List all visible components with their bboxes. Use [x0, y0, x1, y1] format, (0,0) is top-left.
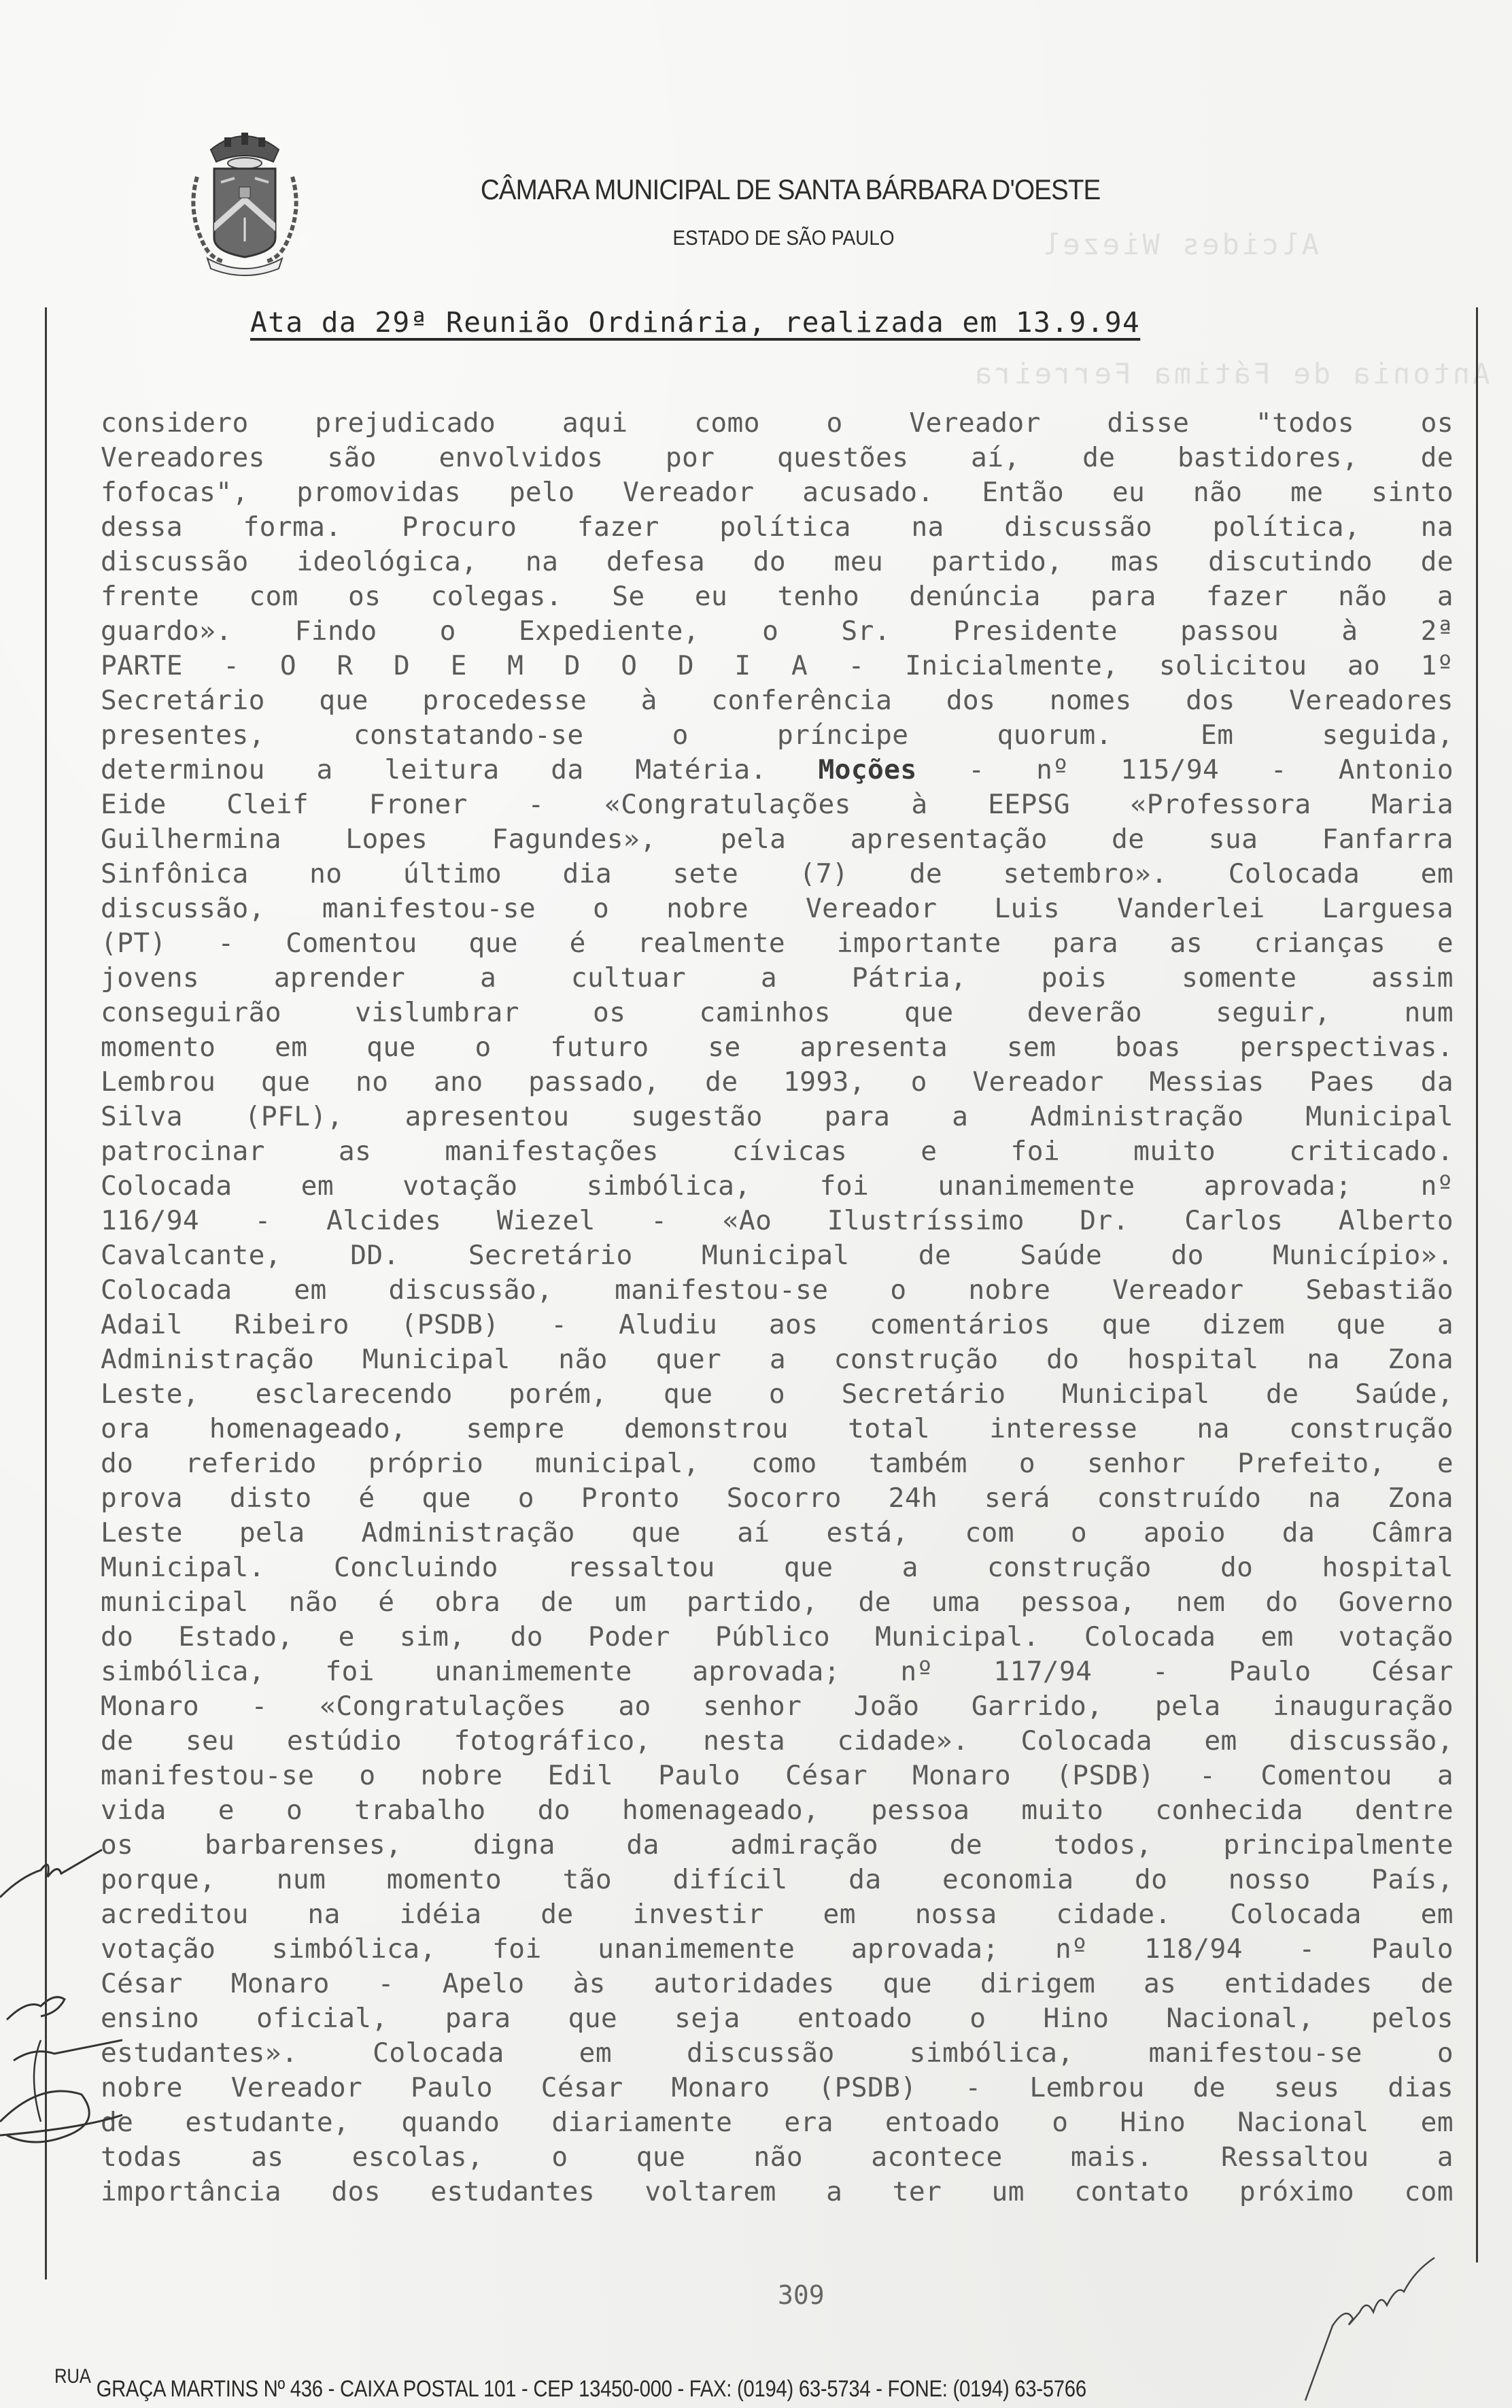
minutes-line: prova disto é que o Pronto Socorro 24h s…	[101, 1481, 1454, 1516]
minutes-line: Leste, esclarecendo porém, que o Secretá…	[101, 1377, 1454, 1412]
right-margin-rule	[1476, 307, 1478, 2262]
minutes-line: presentes, constatando-se o príncipe quo…	[101, 718, 1454, 753]
bleed-through-text: Antonia de Fátima Ferreira	[972, 357, 1490, 390]
minutes-line: Leste pela Administração que aí está, co…	[101, 1516, 1454, 1550]
minutes-line: Vereadores são envolvidos por questões a…	[101, 441, 1454, 475]
minutes-body: considero prejudicado aqui como o Veread…	[101, 406, 1454, 2209]
minutes-line: dessa forma. Procuro fazer política na d…	[101, 510, 1454, 545]
minutes-line: Silva (PFL), apresentou sugestão para a …	[101, 1100, 1454, 1134]
minutes-line: patrocinar as manifestações cívicas e fo…	[101, 1134, 1454, 1169]
minutes-line: ensino oficial, para que seja entoado o …	[101, 2001, 1454, 2036]
minutes-line: Monaro - «Congratulações ao senhor João …	[101, 1689, 1454, 1724]
minutes-line: momento em que o futuro se apresenta sem…	[101, 1030, 1454, 1065]
minutes-line: vida e o trabalho do homenageado, pessoa…	[101, 1793, 1454, 1828]
left-margin-rule	[45, 307, 47, 2279]
minutes-line: Cavalcante, DD. Secretário Municipal de …	[101, 1238, 1454, 1273]
minutes-line: simbólica, foi unanimemente aprovada; nº…	[101, 1655, 1454, 1689]
minutes-line: fofocas", promovidas pelo Vereador acusa…	[101, 475, 1454, 510]
minutes-line: Guilhermina Lopes Fagundes», pela aprese…	[101, 822, 1454, 857]
minutes-line: importância dos estudantes voltarem a te…	[101, 2175, 1454, 2209]
minutes-line: estudantes». Colocada em discussão simbó…	[101, 2036, 1454, 2071]
institution-name: CÂMARA MUNICIPAL DE SANTA BÁRBARA D'OEST…	[61, 173, 1451, 206]
minutes-line: conseguirão vislumbrar os caminhos que d…	[101, 996, 1454, 1030]
minutes-line: Secretário que procedesse à conferência …	[101, 683, 1454, 718]
footer-address-text: GRAÇA MARTINS Nº 436 - CAIXA POSTAL 101 …	[97, 2376, 1086, 2402]
minutes-line: do Estado, e sim, do Poder Público Munic…	[101, 1620, 1454, 1655]
minutes-line: manifestou-se o nobre Edil Paulo César M…	[101, 1759, 1454, 1793]
minutes-line: Eide Cleif Froner - «Congratulações à EE…	[101, 787, 1454, 822]
minutes-title: Ata da 29ª Reunião Ordinária, realizada …	[250, 306, 1140, 339]
minutes-line: Adail Ribeiro (PSDB) - Aludiu aos coment…	[101, 1308, 1454, 1342]
page-number: 309	[778, 2280, 825, 2310]
section-label: Moções	[818, 754, 916, 785]
minutes-line: de seu estúdio fotográfico, nesta cidade…	[101, 1724, 1454, 1759]
minutes-line: César Monaro - Apelo às autoridades que …	[101, 1967, 1454, 2001]
footer-address: RUA GRAÇA MARTINS Nº 436 - CAIXA POSTAL …	[54, 2376, 1311, 2403]
minutes-line: considero prejudicado aqui como o Veread…	[101, 406, 1454, 441]
minutes-line: ora homenageado, sempre demonstrou total…	[101, 1412, 1454, 1446]
minutes-line: jovens aprender a cultuar a Pátria, pois…	[101, 961, 1454, 996]
minutes-line: nobre Vereador Paulo César Monaro (PSDB)…	[101, 2071, 1454, 2105]
minutes-line: do referido próprio municipal, como tamb…	[101, 1446, 1454, 1481]
minutes-line: votação simbólica, foi unanimemente apro…	[101, 1932, 1454, 1967]
minutes-line: municipal não é obra de um partido, de u…	[101, 1585, 1454, 1620]
minutes-line: Municipal. Concluindo ressaltou que a co…	[101, 1550, 1454, 1585]
minutes-line: 116/94 - Alcides Wiezel - «Ao Ilustríssi…	[101, 1204, 1454, 1238]
minutes-line: porque, num momento tão difícil da econo…	[101, 1863, 1454, 1897]
minutes-line: Administração Municipal não quer a const…	[101, 1342, 1454, 1377]
minutes-line: os barbarenses, digna da admiração de to…	[101, 1828, 1454, 1863]
minutes-line: discussão ideológica, na defesa do meu p…	[101, 545, 1454, 579]
minutes-line: determinou a leitura da Matéria. Moções …	[101, 753, 1454, 787]
minutes-line: Colocada em votação simbólica, foi unani…	[101, 1169, 1454, 1204]
minutes-line: todas as escolas, o que não acontece mai…	[101, 2140, 1454, 2175]
minutes-line: frente com os colegas. Se eu tenho denún…	[101, 579, 1454, 614]
minutes-line: acreditou na idéia de investir em nossa …	[101, 1897, 1454, 1932]
minutes-line: Colocada em discussão, manifestou-se o n…	[101, 1273, 1454, 1308]
minutes-line: Lembrou que no ano passado, de 1993, o V…	[101, 1065, 1454, 1100]
minutes-line: de estudante, quando diariamente era ent…	[101, 2105, 1454, 2140]
minutes-line: guardo». Findo o Expediente, o Sr. Presi…	[101, 614, 1454, 649]
footer-address-prefix: RUA	[54, 2365, 91, 2388]
minutes-line: discussão, manifestou-se o nobre Vereado…	[101, 892, 1454, 926]
minutes-line: (PT) - Comentou que é realmente importan…	[101, 926, 1454, 961]
minutes-line: Sinfônica no último dia sete (7) de sete…	[101, 857, 1454, 892]
state-name: ESTADO DE SÃO PAULO	[75, 226, 1437, 250]
minutes-line: PARTE - O R D E M D O D I A - Inicialmen…	[101, 649, 1454, 683]
